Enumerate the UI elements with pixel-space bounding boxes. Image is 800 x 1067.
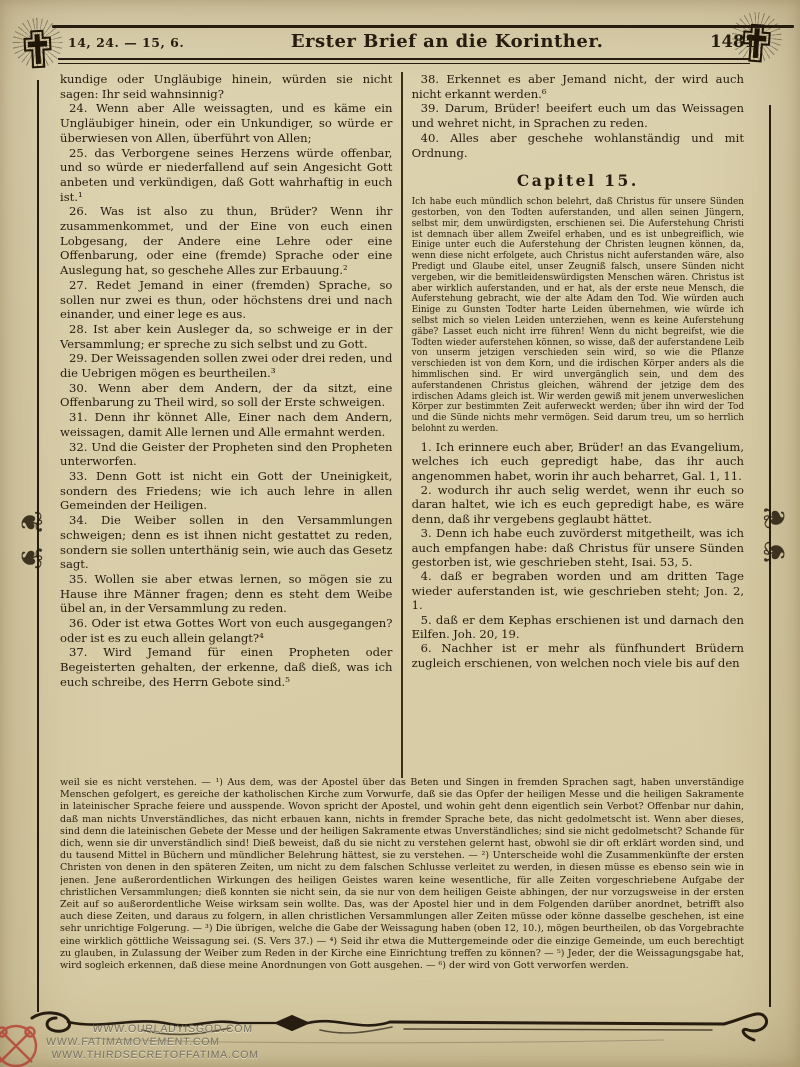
left-column: kundige oder Ungläubige hinein, würden s… — [60, 72, 401, 778]
header-underline-thick — [58, 58, 750, 60]
scanned-bible-page: ✟ ✟ ❦ ❦ ❦ ❦ 14, 24. — 15, 6. Erster Brie… — [0, 0, 800, 1067]
footnote-note-1: ¹) Aus dem, was der Apostel über das Bet… — [60, 777, 744, 861]
border-ornament-icon: ❦ — [13, 510, 48, 535]
verse-paragraph: 28. Ist aber kein Ausleger da, so schwei… — [60, 322, 392, 351]
verse-paragraph: 34. Die Weiber sollen in den Versammlung… — [60, 513, 392, 572]
chapter-heading: Capitel 15. — [412, 171, 744, 190]
watermark-line: WWW.FATIMAMOVEMENT.COM — [46, 1036, 260, 1049]
verse-paragraph: 24. Wenn aber Alle weissagten, und es kä… — [60, 101, 392, 145]
verse-paragraph: 3. Denn ich habe euch zuvörderst mitgeth… — [412, 526, 744, 569]
header-underline-thin — [58, 63, 750, 64]
verse-reference: 14, 24. — 15, 6. — [68, 35, 184, 50]
verse-paragraph: 2. wodurch ihr auch selig werdet, wenn i… — [412, 483, 744, 526]
verse-paragraph: 33. Denn Gott ist nicht ein Gott der Une… — [60, 469, 392, 513]
watermark: WWW.OURLADYISGOD.COM WWW.FATIMAMOVEMENT.… — [0, 1020, 259, 1064]
page-number: 1481 — [710, 32, 756, 51]
watermark-logo-icon — [0, 1020, 42, 1067]
page-title: Erster Brief an die Korinther. — [184, 31, 710, 52]
footnote-note-2: ²) Unterscheide wohl die Zusammenkünfte … — [60, 850, 744, 934]
watermark-text: WWW.OURLADYISGOD.COM WWW.FATIMAMOVEMENT.… — [45, 1023, 260, 1062]
verse-paragraph: 31. Denn ihr könnet Alle, Einer nach dem… — [60, 410, 392, 439]
verse-paragraph: 6. Nachher ist er mehr als fünfhundert B… — [412, 641, 744, 670]
border-ornament-icon: ❦ — [758, 540, 793, 565]
verse-paragraph: 26. Was ist also zu thun, Brüder? Wenn i… — [60, 204, 392, 278]
verse-paragraph: 25. das Verborgene seines Herzens würde … — [60, 146, 392, 205]
verse-paragraph: 38. Erkennet es aber Jemand nicht, der w… — [412, 72, 744, 101]
verse-paragraph: 29. Der Weissagenden sollen zwei oder dr… — [60, 351, 392, 380]
watermark-line: WWW.THIRDSECRETOFFATIMA.COM — [51, 1049, 259, 1062]
right-column: 38. Erkennet es aber Jemand nicht, der w… — [403, 72, 744, 778]
page-header: 14, 24. — 15, 6. Erster Brief an die Kor… — [68, 31, 756, 52]
verse-paragraph: 27. Redet Jemand in einer (fremden) Spra… — [60, 278, 392, 322]
watermark-line: WWW.OURLADYISGOD.COM — [92, 1023, 260, 1036]
verse-paragraph: 37. Wird Jemand für einen Propheten oder… — [60, 645, 392, 689]
top-border-rule — [52, 25, 794, 28]
chapter-intro-summary: Ich habe euch mündlich schon belehrt, da… — [412, 197, 744, 435]
verse-paragraph: 35. Wollen sie aber etwas lernen, so mög… — [60, 572, 392, 616]
verse-paragraph: 40. Alles aber geschehe wohlanständig un… — [412, 131, 744, 160]
border-ornament-icon: ❦ — [758, 505, 793, 530]
verse-paragraph: 1. Ich erinnere euch aber, Brüder! an da… — [412, 440, 744, 483]
verse-paragraph: 30. Wenn aber dem Andern, der da sitzt, … — [60, 381, 392, 410]
verse-paragraph: 32. Und die Geister der Propheten sind d… — [60, 440, 392, 469]
verse-paragraph: 36. Oder ist etwa Gottes Wort von euch a… — [60, 616, 392, 645]
verse-paragraph: 4. daß er begraben worden und am dritten… — [412, 569, 744, 612]
verse-paragraph: 39. Darum, Brüder! beeifert euch um das … — [412, 101, 744, 130]
footnotes-block: weil sie es nicht verstehen. — ¹) Aus de… — [60, 777, 744, 1009]
verse-paragraph: kundige oder Ungläubige hinein, würden s… — [60, 72, 392, 101]
verse-paragraph: 5. daß er dem Kephas erschienen ist und … — [412, 613, 744, 642]
border-ornament-icon: ❦ — [13, 545, 48, 570]
footnote-continuation: weil sie es nicht verstehen. — — [60, 777, 211, 788]
footnote-note-6: ⁶) der wird von Gott verworfen werden. — [439, 960, 629, 971]
text-columns: kundige oder Ungläubige hinein, würden s… — [60, 72, 744, 778]
